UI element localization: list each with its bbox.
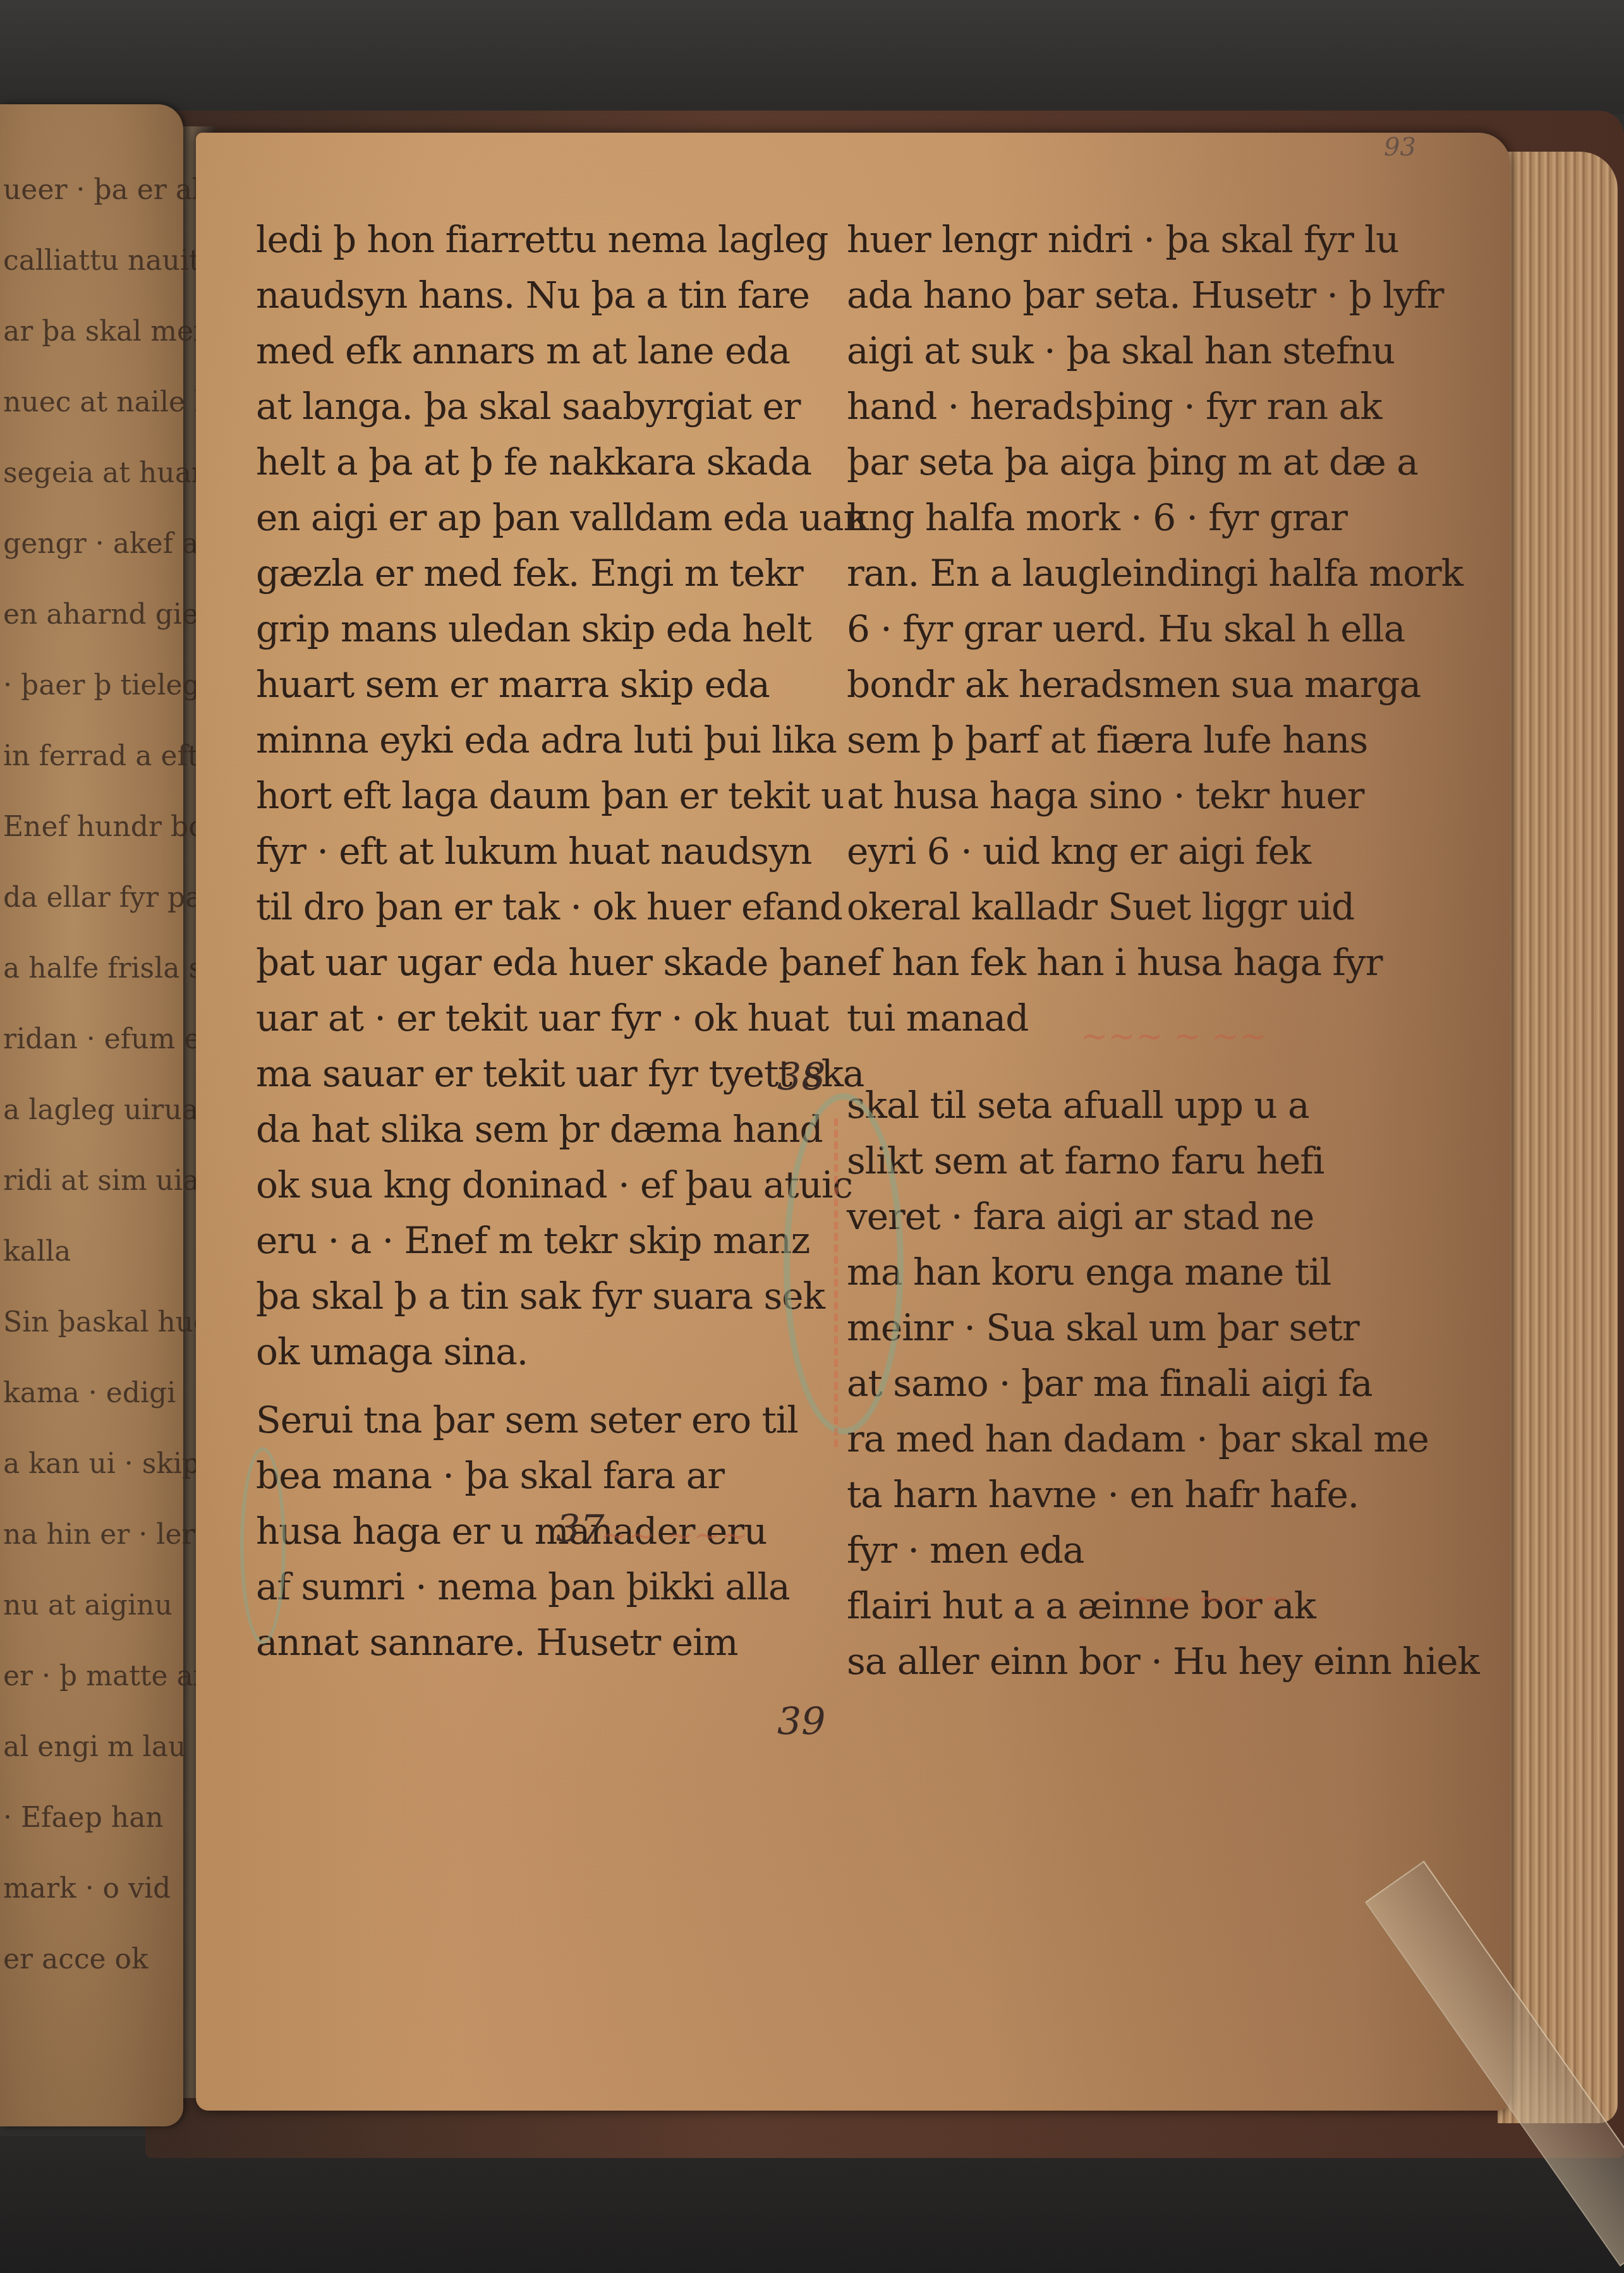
manuscript-line: tui manad xyxy=(847,1000,1028,1036)
manuscript-line: ada hano þar seta. Husetr · þ lyfr xyxy=(847,277,1444,313)
manuscript-line: hort eft laga daum þan er tekit u xyxy=(256,777,844,814)
manuscript-line: naudsyn hans. Nu þa a tin fare xyxy=(256,277,809,313)
manuscript-line: meinr · Sua skal um þar setr xyxy=(847,1309,1359,1346)
manuscript-line: ok sua kng doninad · ef þau atuic xyxy=(256,1167,852,1203)
manuscript-line: ta harn havne · en hafr hafe. xyxy=(847,1476,1359,1513)
rubric: ~~ ~ ~~ xyxy=(1131,1580,1290,1618)
manuscript-line: aigi at suk · þa skal han stefnu xyxy=(847,332,1395,369)
manuscript-line: eyri 6 · uid kng er aigi fek xyxy=(847,833,1311,870)
background-top xyxy=(0,0,1624,114)
manuscript-line: 6 · fyr grar uerd. Hu skal h ella xyxy=(847,610,1405,647)
manuscript-line: fyr · men eda xyxy=(847,1532,1084,1568)
manuscript-line: sem þ þarf at fiæra lufe hans xyxy=(847,722,1367,758)
manuscript-line: grip mans uledan skip eda helt xyxy=(256,610,811,647)
manuscript-line: okeral kalladr Suet liggr uid xyxy=(847,888,1354,925)
manuscript-line: at husa haga sino · tekr huer xyxy=(847,777,1364,814)
manuscript-line: ma sauar er tekit uar fyr tyett ska xyxy=(256,1055,864,1092)
manuscript-line: kng halfa mork · 6 · fyr grar xyxy=(847,499,1347,536)
manuscript-line: slikt sem at farno faru hefi xyxy=(847,1143,1324,1179)
manuscript-line: · Efaep han xyxy=(3,1802,164,1834)
manuscript-line: Sin þaskal huer xyxy=(3,1306,223,1338)
manuscript-line: med efk annars m at lane eda xyxy=(256,332,790,369)
manuscript-line: al engi m lau xyxy=(3,1731,186,1763)
chapter-number-38: 38 xyxy=(777,1055,825,1100)
manuscript-line: veret · fara aigi ar stad ne xyxy=(847,1198,1314,1235)
manuscript-line: a kan ui · skip xyxy=(3,1448,200,1480)
manuscript-line: ef han fek han i husa haga fyr xyxy=(847,944,1383,981)
manuscript-line: bondr ak heradsmen sua marga xyxy=(847,666,1421,703)
manuscript-line: hand · heradsþing · fyr ran ak xyxy=(847,388,1381,425)
manuscript-line: þa skal þ a tin sak fyr suara sek xyxy=(256,1278,825,1314)
manuscript-line: Serui tna þar sem seter ero til xyxy=(256,1402,798,1438)
manuscript-line: ledi þ hon fiarrettu nema lagleg xyxy=(256,221,828,258)
page-edges xyxy=(1498,152,1618,2123)
manuscript-line: Enef hundr bor xyxy=(3,811,219,843)
manuscript-line: mark · o vid xyxy=(3,1872,171,1905)
manuscript-line: huart sem er marra skip eda xyxy=(256,666,770,703)
manuscript-line: annat sannare. Husetr eim xyxy=(256,1624,738,1661)
manuscript-line: kalla xyxy=(3,1235,71,1268)
initial-red-flourish xyxy=(834,1118,844,1447)
manuscript-line: þar seta þa aiga þing m at dæ a xyxy=(847,444,1418,480)
manuscript-line: af sumri · nema þan þikki alla xyxy=(256,1568,790,1605)
manuscript-line: at langa. þa skal saabyrgiat er xyxy=(256,388,801,425)
manuscript-line: ra med han dadam · þar skal me xyxy=(847,1421,1429,1457)
verso-page: ueer · þa er algilld akorcalliattu nauit… xyxy=(0,104,183,2126)
decorated-initial-small xyxy=(240,1447,286,1644)
manuscript-line: a lagleg uirual xyxy=(3,1094,207,1126)
manuscript-line: minna eyki eda adra luti þui lika xyxy=(256,722,837,758)
manuscript-line: uar at · er tekit uar fyr · ok huat xyxy=(256,1000,828,1036)
manuscript-line: ok umaga sina. xyxy=(256,1333,528,1370)
manuscript-line: huer lengr nidri · þa skal fyr lu xyxy=(847,221,1398,258)
manuscript-line: bea mana · þa skal fara ar xyxy=(256,1457,724,1494)
manuscript-line: ma han koru enga mane til xyxy=(847,1254,1331,1290)
manuscript-line: da hat slika sem þr dæma hand xyxy=(256,1111,823,1148)
manuscript-line: til dro þan er tak · ok huer efand xyxy=(256,888,842,925)
manuscript-line: at samo · þar ma finali aigi fa xyxy=(847,1365,1373,1402)
manuscript-line: kama · edigi xyxy=(3,1377,176,1409)
chapter-number-37: 37 xyxy=(556,1507,604,1551)
manuscript-line: gæzla er med fek. Engi m tekr xyxy=(256,555,803,591)
manuscript-line: fyr · eft at lukum huat naudsyn xyxy=(256,833,811,870)
recto-page: 93 ledi þ hon fiarrettu nema laglegnauds… xyxy=(196,133,1510,2111)
manuscript-line: er acce ok xyxy=(3,1943,148,1975)
manuscript-line: eru · a · Enef m tekr skip manz xyxy=(256,1222,809,1259)
manuscript-line: skal til seta afuall upp u a xyxy=(847,1087,1309,1124)
manuscript-line: nu at aiginu xyxy=(3,1589,173,1621)
manuscript-line: þat uar ugar eda huer skade þan xyxy=(256,944,846,981)
manuscript-line: en aigi er ap þan valldam eda uan xyxy=(256,499,866,536)
chapter-number-39: 39 xyxy=(777,1700,825,1744)
rubric: ~~~ ~ ~~ xyxy=(1081,1017,1266,1055)
manuscript-line: sa aller einn bor · Hu hey einn hiek xyxy=(847,1643,1479,1680)
rubric: ~~ ~~~ xyxy=(600,1517,748,1555)
manuscript-line: ran. En a laugleindingi halfa mork xyxy=(847,555,1463,591)
manuscript-line: helt a þa at þ fe nakkara skada xyxy=(256,444,811,480)
folio-number: 93 xyxy=(1384,133,1416,162)
